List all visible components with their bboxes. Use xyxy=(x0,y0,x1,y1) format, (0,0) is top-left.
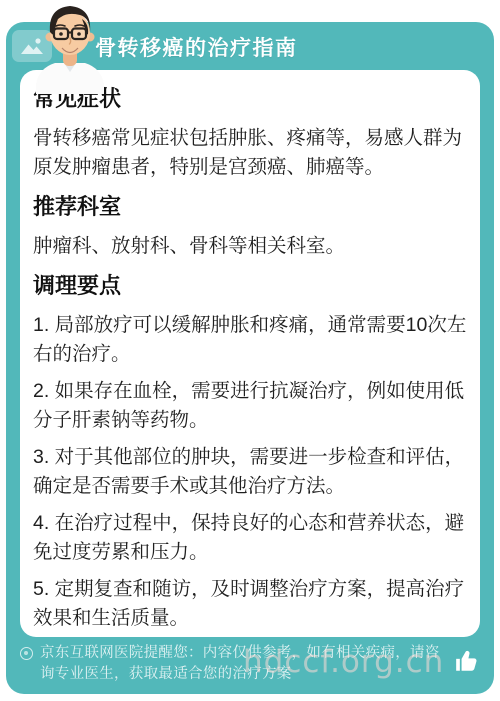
card-footer: 京东互联网医院提醒您：内容仅供参考，如有相关疾病，请咨询专业医生，获取最适合您的… xyxy=(6,637,494,686)
disclaimer-text: 京东互联网医院提醒您：内容仅供参考，如有相关疾病，请咨询专业医生，获取最适合您的… xyxy=(40,643,446,685)
content-card: 常见症状 骨转移癌常见症状包括肿胀、疼痛等，易感人群为原发肿瘤患者，特别是宫颈癌… xyxy=(20,70,480,637)
card-title: 骨转移癌的治疗指南 xyxy=(95,32,298,62)
section-heading-care-points: 调理要点 xyxy=(33,273,467,299)
info-circle-icon xyxy=(20,647,33,660)
departments-text: 肿瘤科、放射科、骨科等相关科室。 xyxy=(33,232,467,261)
page: 骨转移癌的治疗指南 xyxy=(0,0,500,701)
guide-card: 骨转移癌的治疗指南 xyxy=(6,22,494,694)
care-point-item-2: 2. 如果存在血栓，需要进行抗凝治疗，例如使用低分子肝素钠等药物。 xyxy=(33,377,467,435)
doctor-avatar xyxy=(28,2,112,94)
section-heading-departments: 推荐科室 xyxy=(33,194,467,220)
doctor-avatar-illustration xyxy=(28,2,112,94)
care-point-item-1: 1. 局部放疗可以缓解肿胀和疼痛，通常需要10次左右的治疗。 xyxy=(33,311,467,369)
care-point-item-5: 5. 定期复查和随访，及时调整治疗方案，提高治疗效果和生活质量。 xyxy=(33,575,467,633)
symptoms-text: 骨转移癌常见症状包括肿胀、疼痛等，易感人群为原发肿瘤患者，特别是宫颈癌、肺癌等。 xyxy=(33,124,467,182)
care-point-item-3: 3. 对于其他部位的肿块，需要进一步检查和评估，确定是否需要手术或其他治疗方法。 xyxy=(33,443,467,501)
care-point-item-4: 4. 在治疗过程中，保持良好的心态和营养状态，避免过度劳累和压力。 xyxy=(33,509,467,567)
thumbs-up-icon[interactable] xyxy=(452,646,482,676)
